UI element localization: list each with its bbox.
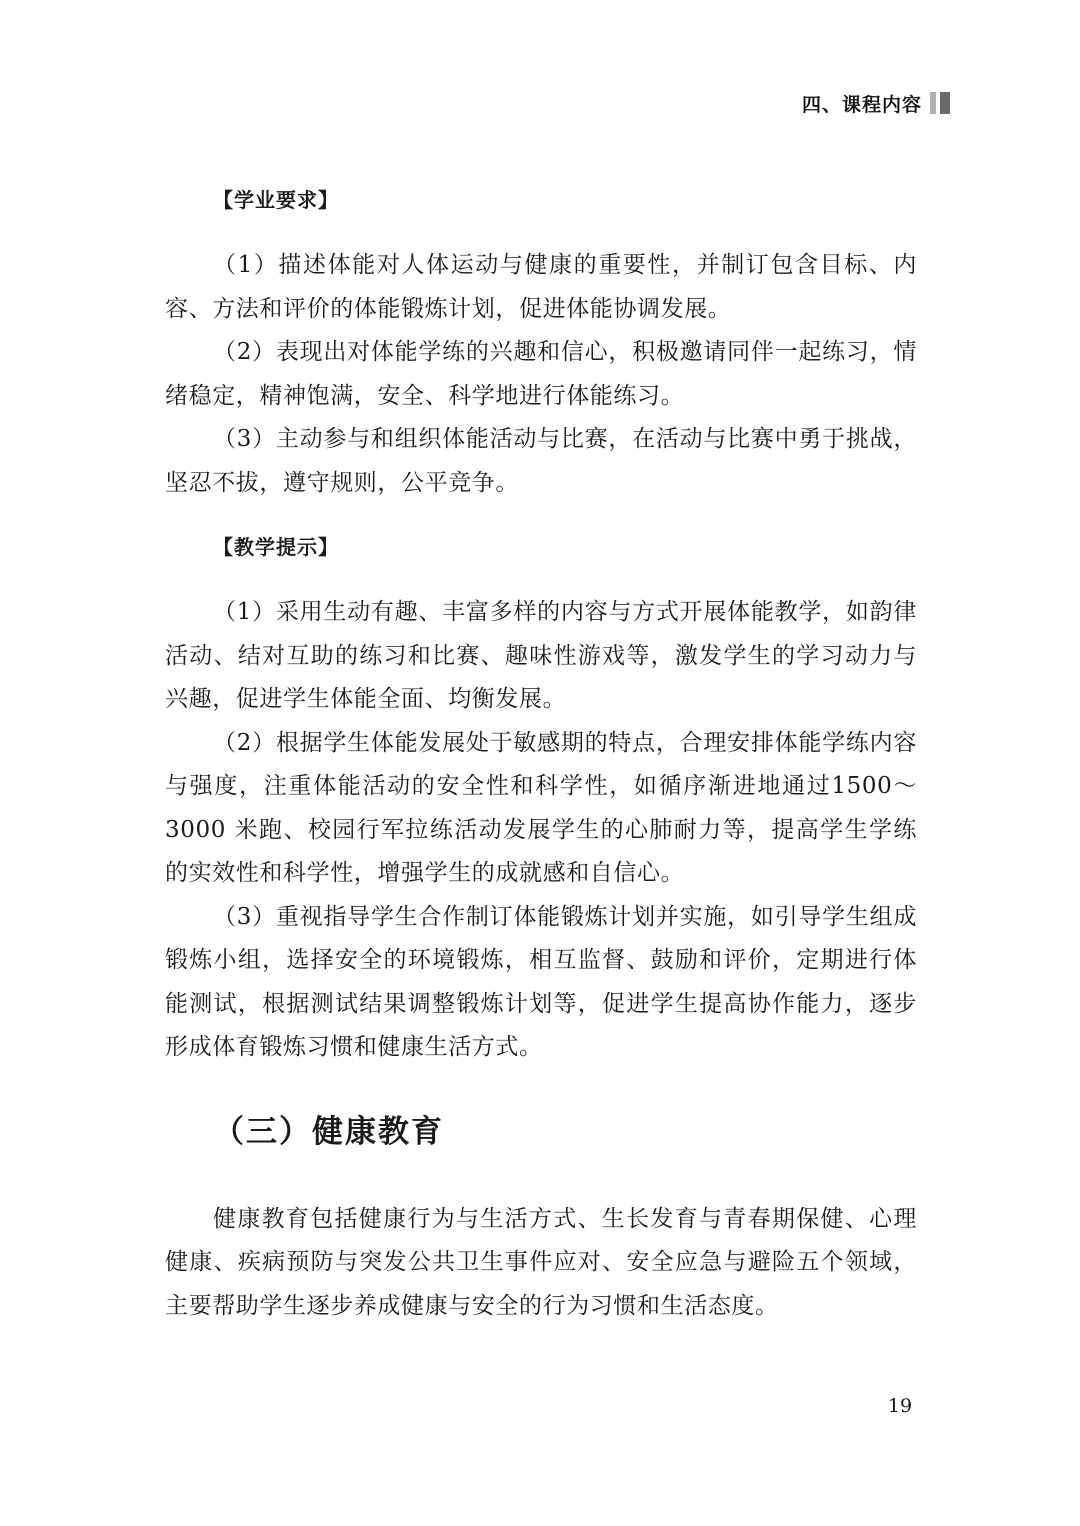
academic-requirement-item: （2）表现出对体能学练的兴趣和信心，积极邀请同伴一起练习，情绪稳定，精神饱满，安… [165, 331, 917, 418]
teaching-tip-item: （1）采用生动有趣、丰富多样的内容与方式开展体能教学，如韵律活动、结对互助的练习… [165, 591, 917, 722]
section-title-health-education: （三）健康教育 [213, 1102, 917, 1162]
academic-requirements-heading: 【学业要求】 [213, 180, 917, 220]
health-education-paragraph: 健康教育包括健康行为与生活方式、生长发育与青春期保健、心理健康、疾病预防与突发公… [165, 1198, 917, 1329]
teaching-tips-heading: 【教学提示】 [213, 527, 917, 567]
running-head-title: 四、课程内容 [802, 90, 922, 117]
running-head: 四、课程内容 [780, 88, 950, 118]
academic-requirement-item: （1）描述体能对人体运动与健康的重要性，并制订包含目标、内容、方法和评价的体能锻… [165, 244, 917, 331]
header-bar-dark-icon [940, 92, 950, 114]
academic-requirement-item: （3）主动参与和组织体能活动与比赛，在活动与比赛中勇于挑战，坚忍不拔，遵守规则，… [165, 418, 917, 505]
teaching-tip-item: （2）根据学生体能发展处于敏感期的特点，合理安排体能学练内容与强度，注重体能活动… [165, 722, 917, 896]
teaching-tip-item: （3）重视指导学生合作制订体能锻炼计划并实施，如引导学生组成锻炼小组，选择安全的… [165, 896, 917, 1070]
page-body: 【学业要求】 （1）描述体能对人体运动与健康的重要性，并制订包含目标、内容、方法… [165, 180, 917, 1328]
header-bar-light-icon [930, 92, 936, 114]
page-number: 19 [880, 1395, 920, 1417]
